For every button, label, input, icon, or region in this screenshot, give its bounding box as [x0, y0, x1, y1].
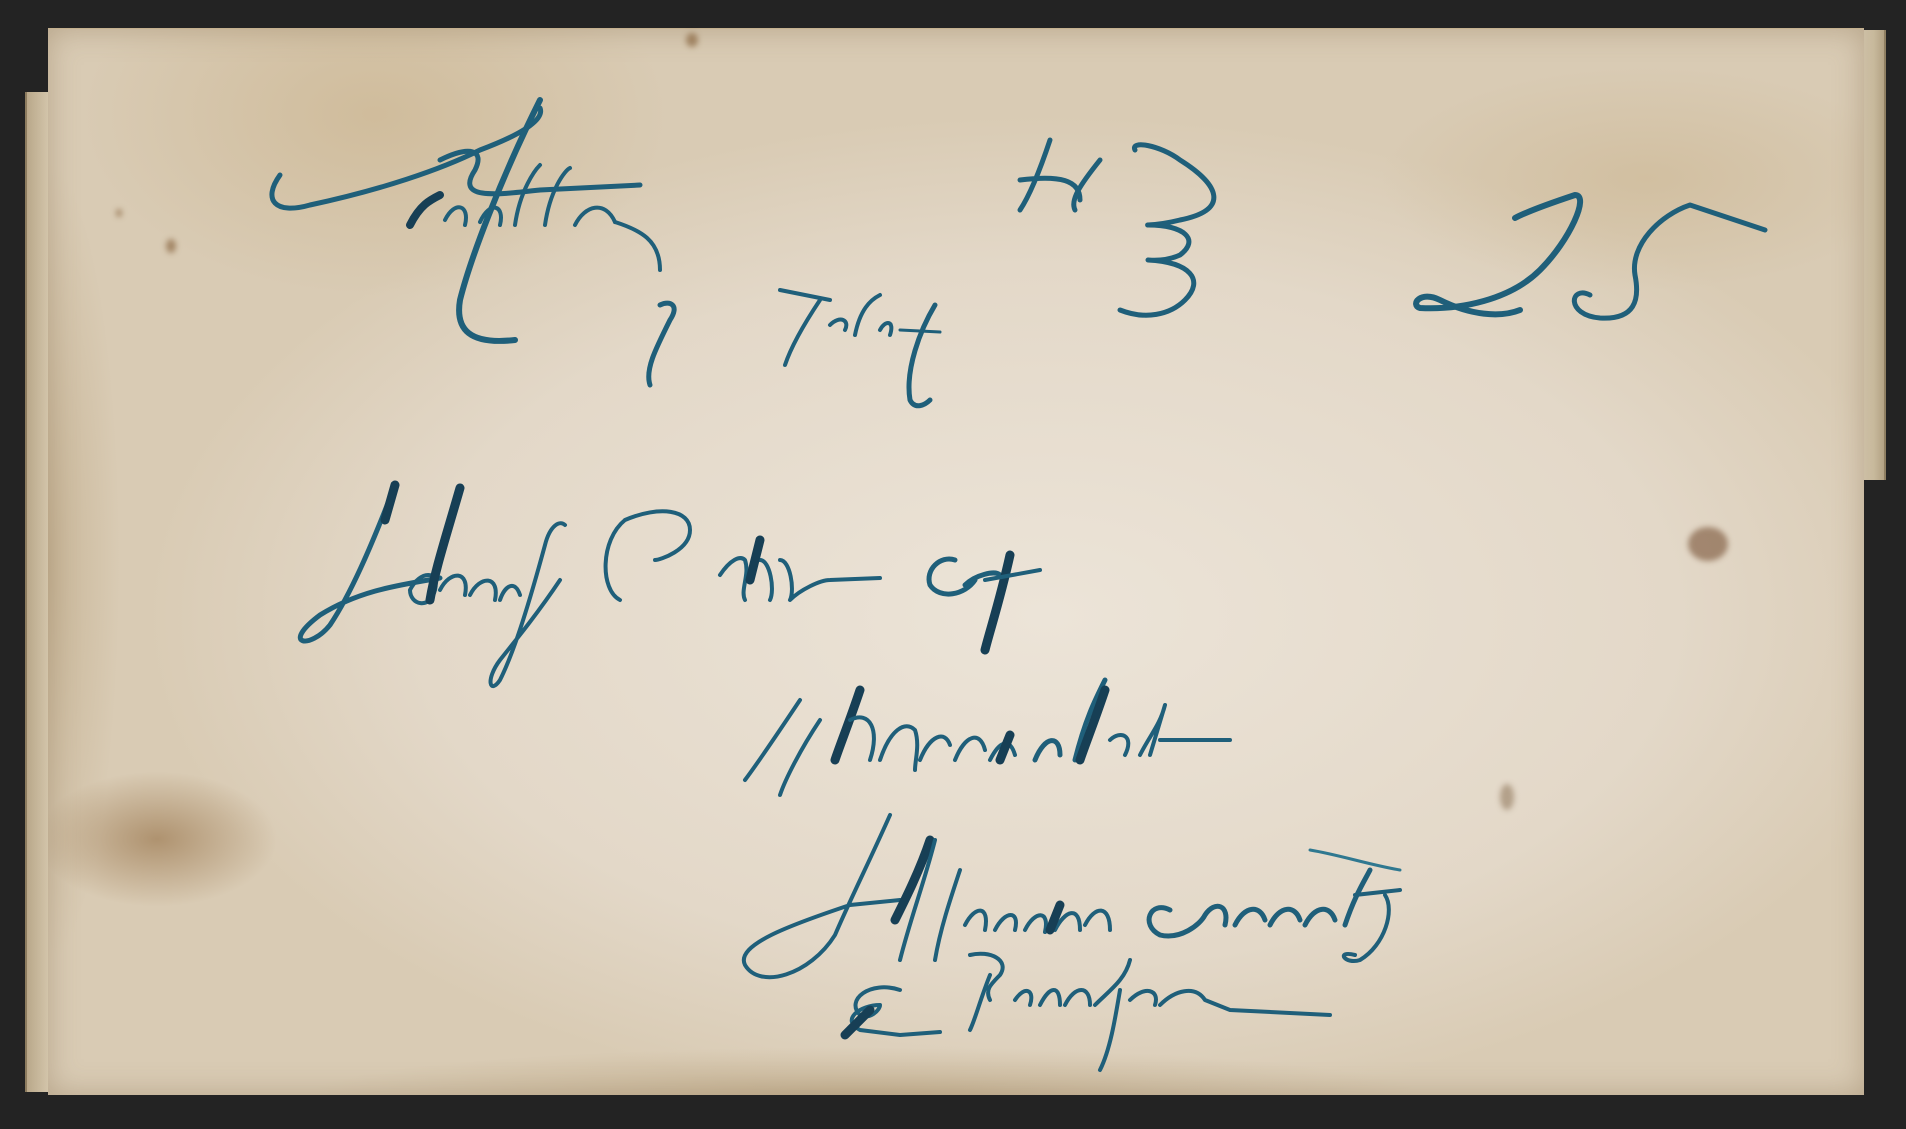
- rate-numeral-25: [1416, 195, 1765, 318]
- address-line2-script: [745, 680, 1230, 795]
- postmark-date-script: [649, 290, 940, 406]
- address-line4-script: [845, 954, 1330, 1070]
- postmark-three-flourish: [1120, 145, 1214, 315]
- address-line3-script: [744, 815, 1400, 977]
- postmark-town-script: [272, 100, 1100, 341]
- address-line1-script: [300, 485, 1040, 686]
- handwriting-layer: [0, 0, 1906, 1129]
